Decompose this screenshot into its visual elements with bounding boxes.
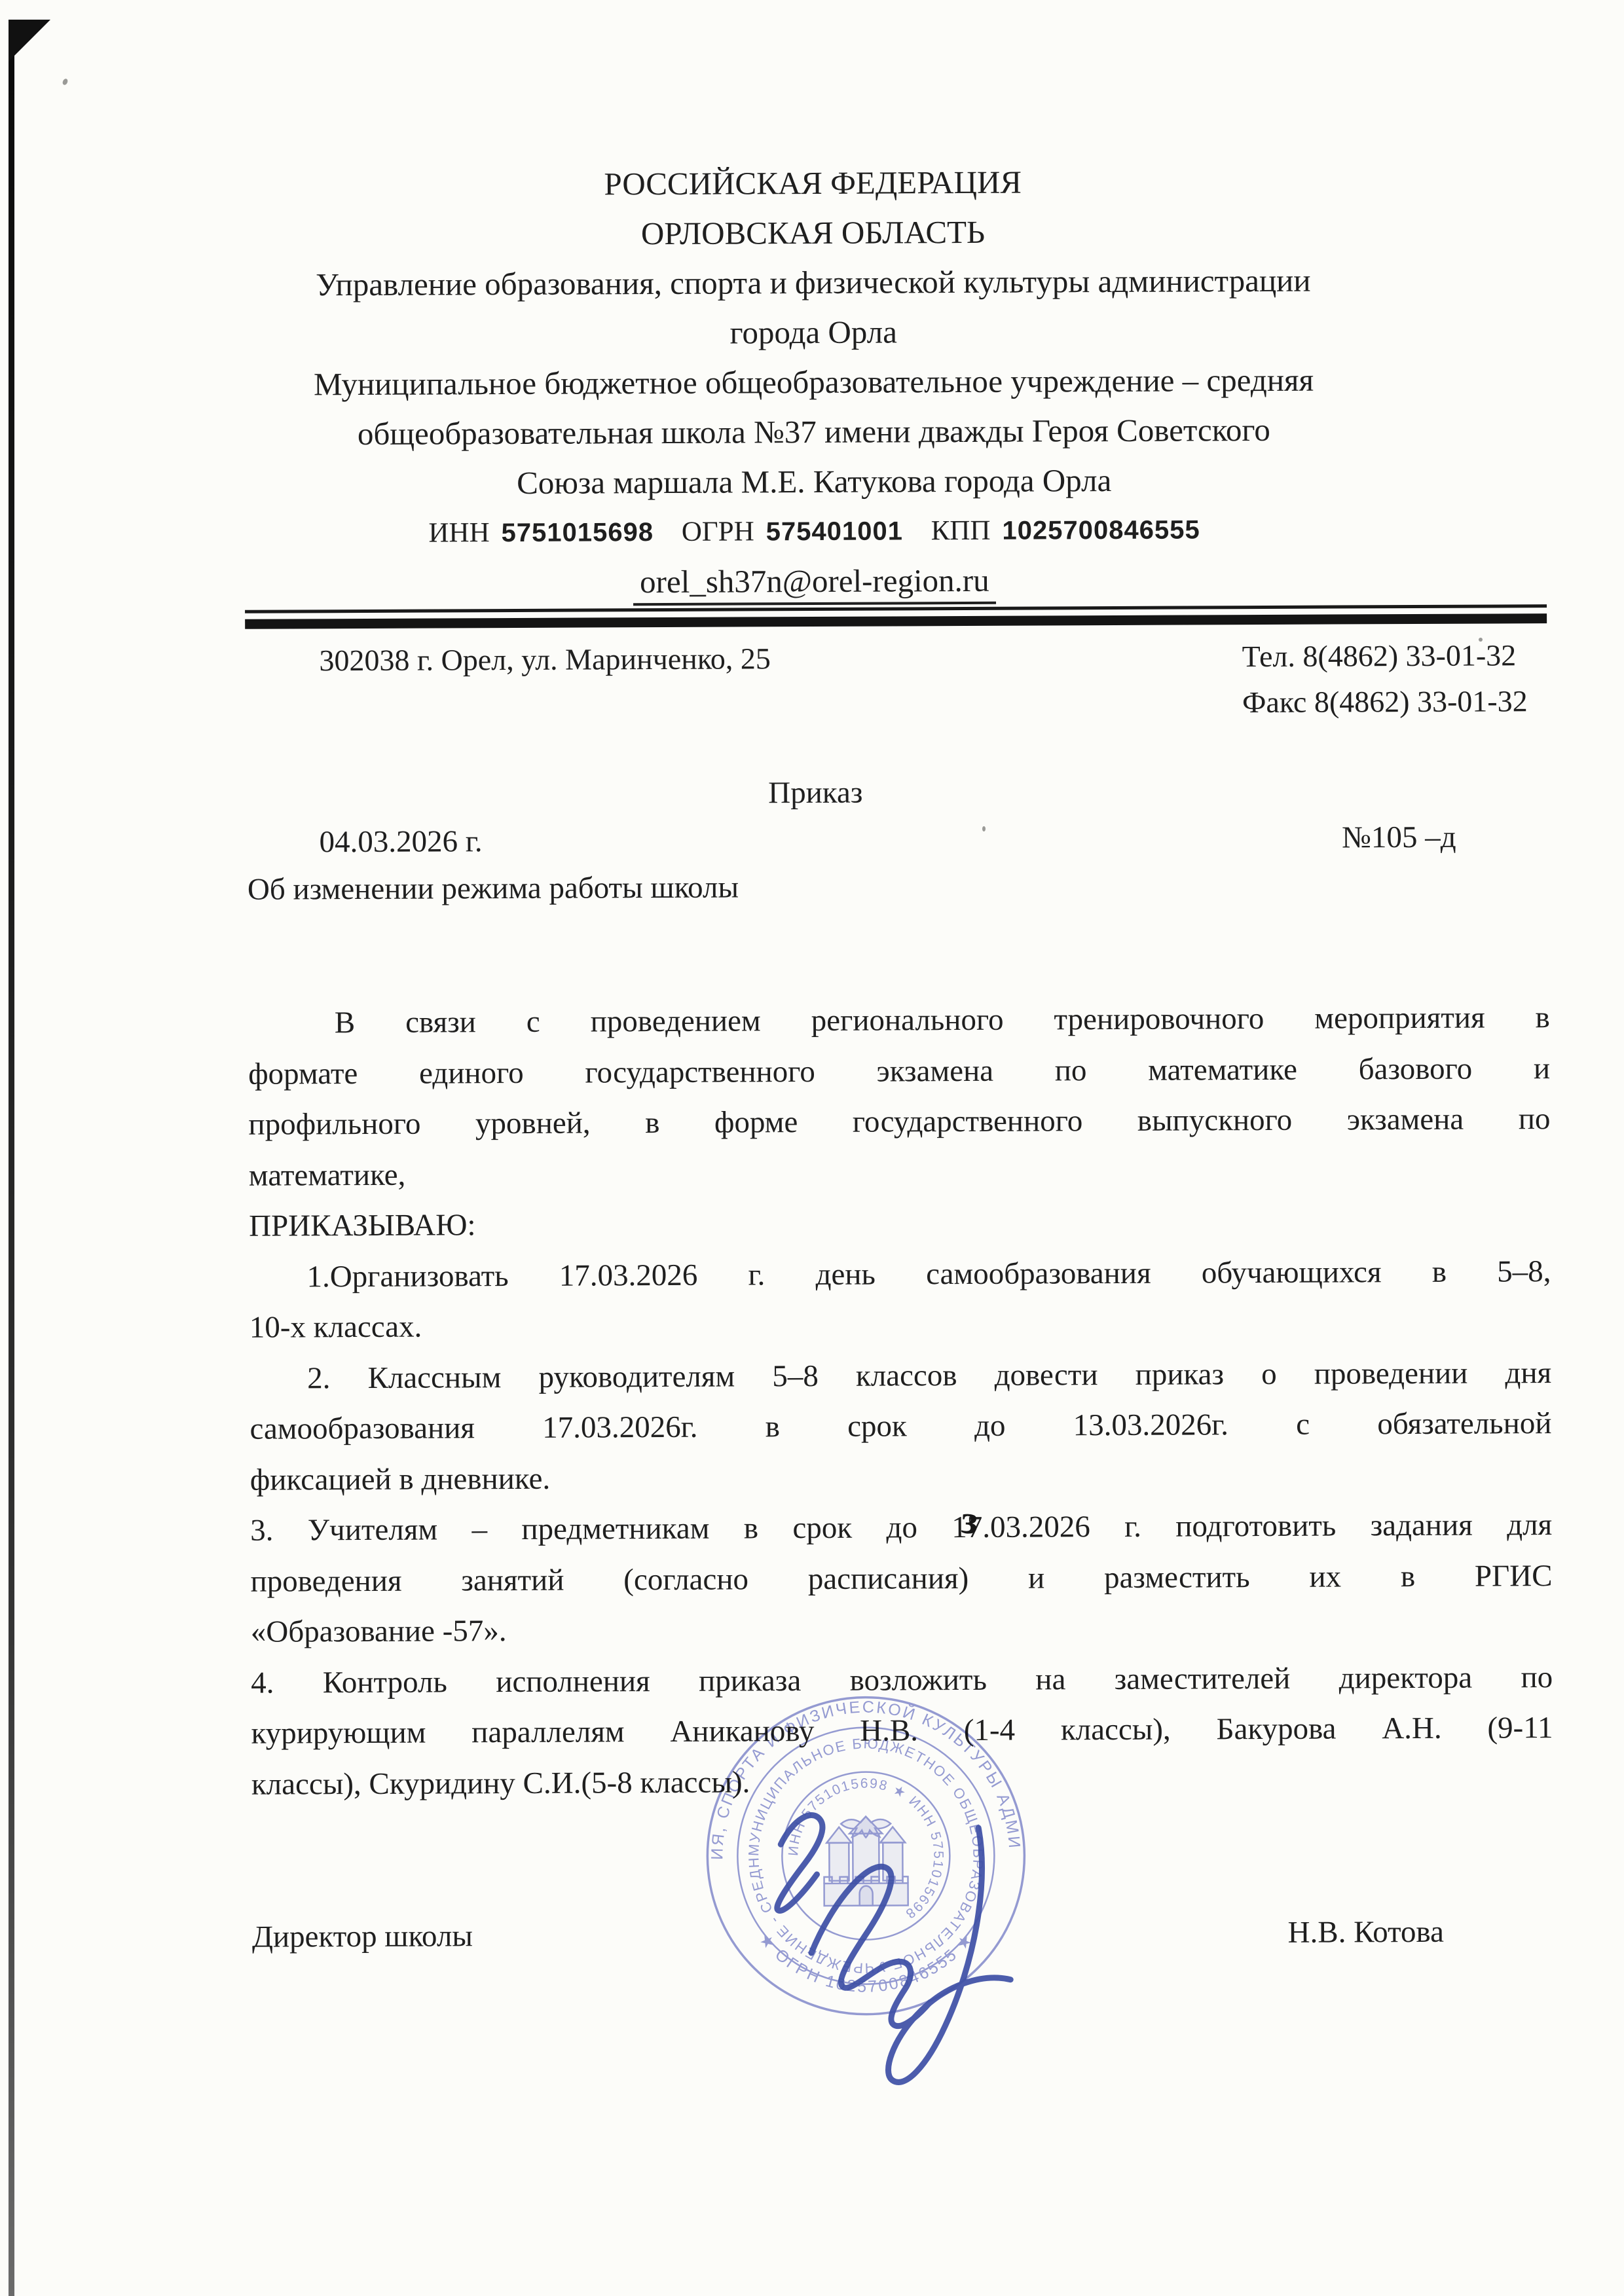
signatory-role: Директор школы [252,1912,473,1960]
order-item-1-cont: 10-х классах. [249,1297,1551,1353]
letterhead-line-city: города Орла [1,304,1624,361]
ogrn-pair: ОГРН575401001 [682,515,903,547]
inn-label: ИНН [428,517,489,548]
letterhead-line-school-3: Союза маршала М.Е. Катукова города Орла [2,454,1624,511]
order-item-3-cont: проведения занятий (согласно расписания)… [250,1551,1552,1607]
order-date: 04.03.2026 г. [319,818,482,866]
kpp-label: КПП [931,515,991,546]
kpp-pair: КПП1025700846555 [931,514,1200,546]
phone-fax-block: Тел. 8(4862) 33-01-32 Факс 8(4862) 33-01… [1242,632,1528,725]
letterhead-line-school-1: Муниципальное бюджетное общеобразователь… [1,354,1624,411]
order-item-1: 1.Организовать 17.03.2026 г. день самооб… [249,1247,1551,1303]
body-line: профильного уровней, в форме государстве… [248,1094,1550,1150]
signature-row: Директор школы Н.В. Котова [9,1908,1624,1962]
order-item-4-cont: курирующим параллелям Аниканову Н.В. (1-… [251,1703,1553,1759]
address-line: 302038 г. Орел, ул. Маринченко, 25 [319,636,771,729]
signatory-name: Н.В. Котова [1287,1908,1444,1956]
order-item-2-cont: самообразования 17.03.2026г. в срок до 1… [249,1398,1551,1455]
document-content: РОССИЙСКАЯ ФЕДЕРАЦИЯ ОРЛОВСКАЯ ОБЛАСТЬ У… [0,0,1624,1961]
stamp-emblem-eagle-icon [841,1817,891,1838]
order-item-2-cont: фиксацией в дневнике. [250,1449,1552,1506]
inn-pair: ИНН5751015698 [428,517,654,548]
order-meta-row: 04.03.2026 г. №105 –д [3,813,1624,867]
letterhead-line-school-2: общеобразовательная школа №37 имени дваж… [2,404,1624,461]
email-address: orel_sh37n@orel-region.ru [633,561,996,606]
stamp-emblem-castle-icon [824,1816,908,1906]
divider-thick-line [245,613,1547,629]
handwritten-ink-artifact: з [961,1499,979,1540]
order-item-2: 2. Классным руководителям 5–8 классов до… [249,1348,1551,1404]
email-line: orel_sh37n@orel-region.ru [3,553,1624,610]
order-number: №105 –д [1342,814,1456,862]
letterhead-divider-rule [245,604,1547,629]
fax-line: Факс 8(4862) 33-01-32 [1242,678,1528,725]
letterhead-line-department: Управление образования, спорта и физичес… [1,255,1624,312]
order-item-4: 4. Контроль исполнения приказа возложить… [251,1652,1553,1709]
letterhead-line-country: РОССИЙСКАЯ ФЕДЕРАЦИЯ [1,155,1624,212]
letterhead: РОССИЙСКАЯ ФЕДЕРАЦИЯ ОРЛОВСКАЯ ОБЛАСТЬ У… [1,155,1624,610]
order-title: Приказ [3,766,1624,820]
order-item-3-cont: «Образование -57». [251,1601,1553,1658]
scanned-order-document: РОССИЙСКАЯ ФЕДЕРАЦИЯ ОРЛОВСКАЯ ОБЛАСТЬ У… [0,0,1624,2296]
kpp-value: 1025700846555 [1002,515,1200,545]
contacts-row: 302038 г. Орел, ул. Маринченко, 25 Тел. … [3,632,1624,731]
order-subject: Об изменении режима работы школы [4,860,1624,915]
inn-value: 5751015698 [501,518,654,547]
body-line: математике, [249,1145,1551,1201]
body-line: В связи с проведением регионального трен… [248,993,1550,1049]
body-line: формате единого государственного экзамен… [248,1044,1550,1100]
phone-line: Тел. 8(4862) 33-01-32 [1242,632,1528,680]
order-item-4-cont: классы), Скуридину С.И.(5-8 классы). [251,1754,1553,1810]
order-item-3: 3. Учителям – предметникам в срок до 17.… [250,1500,1552,1556]
ogrn-value: 575401001 [766,517,903,546]
requisites-line: ИНН5751015698 ОГРН575401001 КПП102570084… [2,503,1624,560]
letterhead-line-region: ОРЛОВСКАЯ ОБЛАСТЬ [1,205,1624,262]
order-header: Приказ 04.03.2026 г. №105 –д Об изменени… [3,766,1624,915]
decree-keyword: ПРИКАЗЫВАЮ: [249,1195,1551,1252]
order-body: В связи с проведением регионального трен… [5,993,1624,1812]
ogrn-label: ОГРН [682,516,754,547]
